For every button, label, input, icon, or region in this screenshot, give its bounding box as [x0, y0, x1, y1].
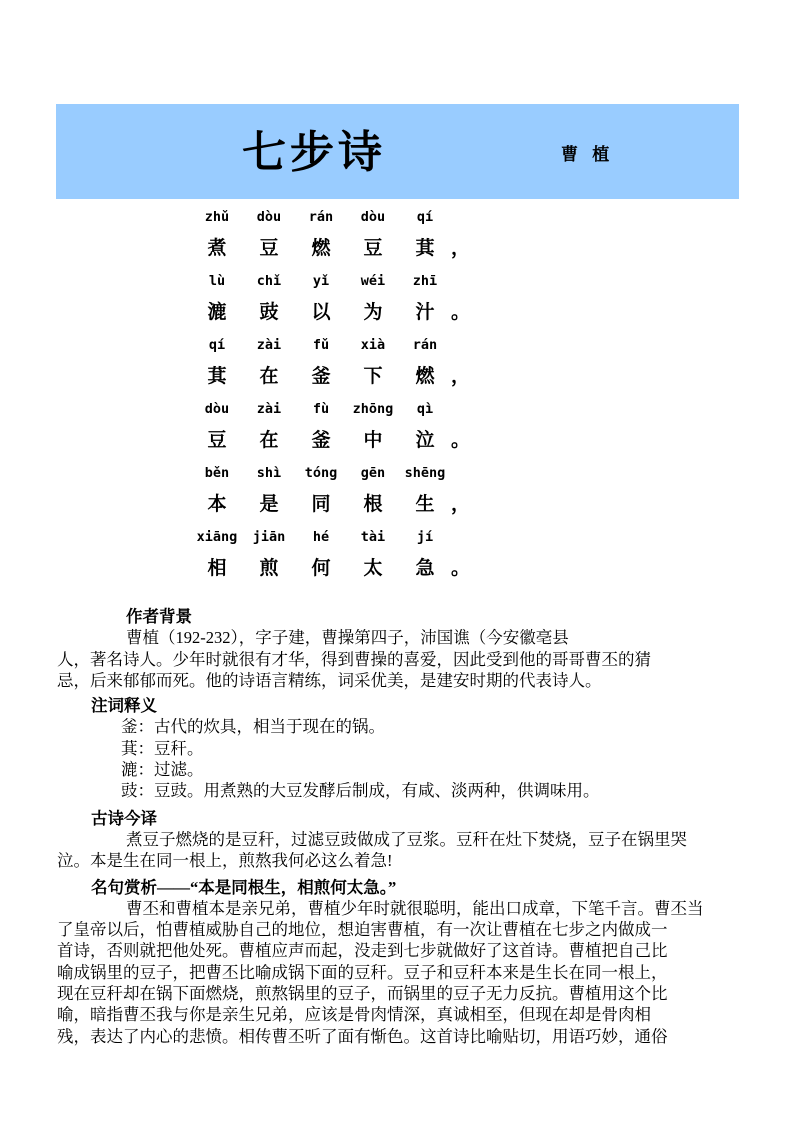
pinyin-syllable: tóng: [295, 461, 347, 485]
poem-char: 本: [191, 485, 243, 525]
pinyin-syllable: shì: [243, 461, 295, 485]
poem-char: 豉: [243, 293, 295, 333]
poem-block: zhǔ dòu rán dòu qí 煮 豆 燃 豆 萁 ， lù chǐ yǐ…: [191, 205, 503, 589]
pinyin-syllable: zhī: [399, 269, 451, 293]
glossary-item: 豉：豆豉。用煮熟的大豆发酵后制成，有咸、淡两种，供调味用。: [57, 780, 741, 801]
hanzi-row: 萁 在 釜 下 燃 ，: [191, 357, 503, 397]
pinyin-syllable: jí: [399, 525, 451, 549]
pinyin-syllable: zài: [243, 333, 295, 357]
glossary-item: 釜：古代的炊具，相当于现在的锅。: [57, 716, 741, 737]
poem-char: 生: [399, 485, 451, 525]
poem-char: 在: [243, 357, 295, 397]
poem-char: 豆: [191, 421, 243, 461]
section-heading-glossary: 注词释义: [57, 695, 741, 716]
poem-char: 萁: [399, 229, 451, 269]
poem-char: 釜: [295, 421, 347, 461]
glossary-item: 漉：过滤。: [57, 759, 741, 780]
pinyin-syllable: rán: [295, 205, 347, 229]
glossary-item: 萁：豆秆。: [57, 738, 741, 759]
pinyin-syllable: shēng: [399, 461, 451, 485]
pinyin-syllable: wéi: [347, 269, 399, 293]
poem-title: 七步诗: [242, 116, 386, 180]
poem-char: 釜: [295, 357, 347, 397]
pinyin-syllable: chǐ: [243, 269, 295, 293]
poem-author: 曹 植: [561, 140, 614, 165]
section-heading-translation: 古诗今译: [57, 808, 741, 829]
poem-line: běn shì tóng gēn shēng 本 是 同 根 生 ，: [191, 461, 503, 525]
pinyin-syllable: zài: [243, 397, 295, 421]
pinyin-syllable: xiāng: [191, 525, 243, 549]
pinyin-syllable: tài: [347, 525, 399, 549]
hanzi-row: 本 是 同 根 生 ，: [191, 485, 503, 525]
poem-line: dòu zài fù zhōng qì 豆 在 釜 中 泣 。: [191, 397, 503, 461]
poem-char: 豆: [243, 229, 295, 269]
body-text: 作者背景 曹植（192-232），字子建，曹操第四子，沛国谯（今安徽亳县 人，著…: [57, 606, 741, 1047]
pinyin-row: běn shì tóng gēn shēng: [191, 461, 503, 485]
poem-char: 燃: [295, 229, 347, 269]
text-line: 喻成锅里的豆子，把曹丕比喻成锅下面的豆秆。豆子和豆秆本来是生长在同一根上，: [57, 962, 741, 983]
pinyin-row: dòu zài fù zhōng qì: [191, 397, 503, 421]
section-heading-author-bg: 作者背景: [57, 606, 741, 627]
poem-punctuation: 。: [451, 549, 503, 589]
poem-punctuation: ，: [451, 485, 503, 525]
pinyin-syllable: běn: [191, 461, 243, 485]
text-line: 曹植（192-232），字子建，曹操第四子，沛国谯（今安徽亳县: [57, 627, 741, 648]
pinyin-row: qí zài fǔ xià rán: [191, 333, 503, 357]
section-heading-appreciation: 名句赏析——“本是同根生，相煎何太急。”: [57, 877, 741, 898]
pinyin-syllable: gēn: [347, 461, 399, 485]
pinyin-syllable: fù: [295, 397, 347, 421]
pinyin-syllable: rán: [399, 333, 451, 357]
poem-char: 煎: [243, 549, 295, 589]
pinyin-syllable: qí: [191, 333, 243, 357]
poem-line: xiāng jiān hé tài jí 相 煎 何 太 急 。: [191, 525, 503, 589]
pinyin-syllable: fǔ: [295, 333, 347, 357]
text-line: 喻，暗指曹丕我与你是亲生兄弟，应该是骨肉情深，真诚相至，但现在却是骨肉相: [57, 1004, 741, 1025]
text-line: 残，表达了内心的悲愤。相传曹丕听了面有惭色。这首诗比喻贴切，用语巧妙，通俗: [57, 1026, 741, 1047]
poem-char: 汁: [399, 293, 451, 333]
poem-char: 在: [243, 421, 295, 461]
pinyin-row: xiāng jiān hé tài jí: [191, 525, 503, 549]
pinyin-syllable: dòu: [191, 397, 243, 421]
poem-char: 同: [295, 485, 347, 525]
hanzi-row: 豆 在 釜 中 泣 。: [191, 421, 503, 461]
pinyin-syllable: zhǔ: [191, 205, 243, 229]
pinyin-syllable: xià: [347, 333, 399, 357]
poem-char: 泣: [399, 421, 451, 461]
poem-char: 何: [295, 549, 347, 589]
poem-char: 中: [347, 421, 399, 461]
hanzi-row: 相 煎 何 太 急 。: [191, 549, 503, 589]
text-line: 忌，后来郁郁而死。他的诗语言精练，词采优美，是建安时期的代表诗人。: [57, 670, 741, 691]
text-line: 泣。本是生在同一根上，煎熬我何必这么着急!: [57, 850, 741, 871]
poem-char: 以: [295, 293, 347, 333]
poem-punctuation: 。: [451, 293, 503, 333]
poem-char: 是: [243, 485, 295, 525]
poem-char: 根: [347, 485, 399, 525]
poem-line: lù chǐ yǐ wéi zhī 漉 豉 以 为 汁 。: [191, 269, 503, 333]
text-line: 现在豆秆却在锅下面燃烧，煎熬锅里的豆子，而锅里的豆子无力反抗。曹植用这个比: [57, 983, 741, 1004]
poem-char: 煮: [191, 229, 243, 269]
poem-char: 为: [347, 293, 399, 333]
pinyin-syllable: qí: [399, 205, 451, 229]
pinyin-syllable: jiān: [243, 525, 295, 549]
hanzi-row: 漉 豉 以 为 汁 。: [191, 293, 503, 333]
poem-char: 下: [347, 357, 399, 397]
poem-punctuation: 。: [451, 421, 503, 461]
document-page: 七步诗 曹 植 zhǔ dòu rán dòu qí 煮 豆 燃 豆 萁 ， l: [0, 0, 794, 1123]
poem-line: qí zài fǔ xià rán 萁 在 釜 下 燃 ，: [191, 333, 503, 397]
text-line: 曹丕和曹植本是亲兄弟，曹植少年时就很聪明，能出口成章，下笔千言。曹丕当: [57, 898, 741, 919]
poem-char: 急: [399, 549, 451, 589]
pinyin-syllable: lù: [191, 269, 243, 293]
pinyin-syllable: dòu: [243, 205, 295, 229]
pinyin-syllable: hé: [295, 525, 347, 549]
pinyin-syllable: zhōng: [347, 397, 399, 421]
hanzi-row: 煮 豆 燃 豆 萁 ，: [191, 229, 503, 269]
pinyin-syllable: dòu: [347, 205, 399, 229]
title-banner: 七步诗 曹 植: [56, 104, 739, 199]
poem-line: zhǔ dòu rán dòu qí 煮 豆 燃 豆 萁 ，: [191, 205, 503, 269]
poem-char: 相: [191, 549, 243, 589]
text-line: 了皇帝以后，怕曹植威胁自己的地位，想迫害曹植，有一次让曹植在七步之内做成一: [57, 919, 741, 940]
poem-punctuation: ，: [451, 229, 503, 269]
poem-char: 太: [347, 549, 399, 589]
poem-char: 漉: [191, 293, 243, 333]
poem-punctuation: ，: [451, 357, 503, 397]
poem-char: 豆: [347, 229, 399, 269]
poem-char: 燃: [399, 357, 451, 397]
pinyin-row: lù chǐ yǐ wéi zhī: [191, 269, 503, 293]
poem-char: 萁: [191, 357, 243, 397]
pinyin-row: zhǔ dòu rán dòu qí: [191, 205, 503, 229]
pinyin-syllable: qì: [399, 397, 451, 421]
text-line: 煮豆子燃烧的是豆秆，过滤豆豉做成了豆浆。豆秆在灶下焚烧，豆子在锅里哭: [57, 829, 741, 850]
text-line: 首诗，否则就把他处死。曹植应声而起，没走到七步就做好了这首诗。曹植把自己比: [57, 940, 741, 961]
text-line: 人，著名诗人。少年时就很有才华，得到曹操的喜爱，因此受到他的哥哥曹丕的猜: [57, 649, 741, 670]
pinyin-syllable: yǐ: [295, 269, 347, 293]
